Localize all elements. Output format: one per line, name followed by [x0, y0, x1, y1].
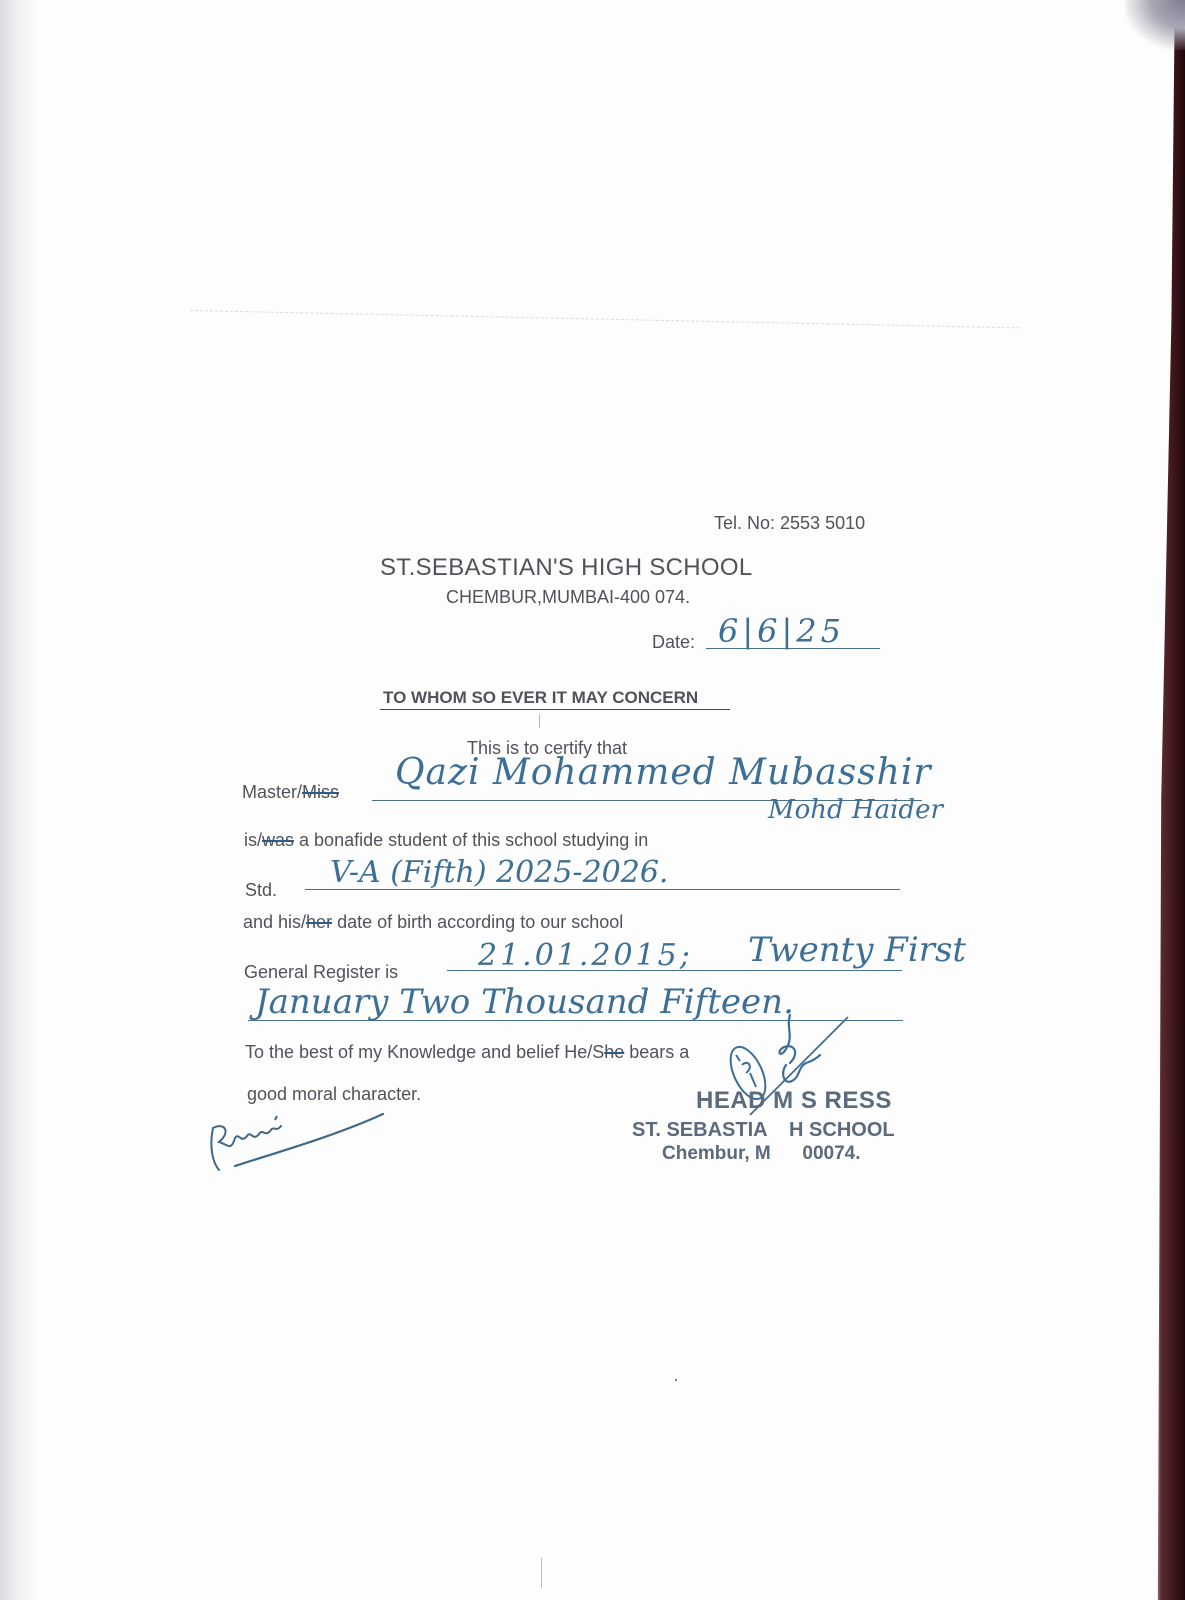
clerk-signature — [205, 1108, 385, 1178]
belief-a: To the best of my Knowledge and belief H… — [245, 1042, 604, 1062]
date-underline — [706, 648, 880, 649]
corner-shadow — [1125, 0, 1185, 50]
dob-intro: and his/her date of birth according to o… — [243, 912, 623, 933]
stamp-school: ST. SEBASTIA H SCHOOL — [632, 1119, 895, 1142]
she-struck: he — [604, 1042, 624, 1062]
studying-text: a bonafide student of this school studyi… — [299, 830, 648, 850]
dob-intro-a: and his/ — [243, 912, 306, 932]
belief-line: To the best of my Knowledge and belief H… — [245, 1042, 689, 1063]
stamp-address: Chembur, M 00074. — [662, 1143, 861, 1165]
stray-mark — [675, 1379, 677, 1381]
master-text: Master/ — [242, 782, 302, 802]
paper-fold-line — [190, 310, 1020, 328]
character-line: good moral character. — [247, 1084, 421, 1105]
date-label: Date: — [652, 632, 695, 653]
school-address: CHEMBUR,MUMBAI-400 074. — [446, 587, 690, 608]
her-struck: her — [306, 912, 332, 932]
master-label: Master/Miss — [242, 782, 339, 803]
stamp-title: HEAD M S RESS — [696, 1087, 892, 1115]
page-shadow-left — [0, 0, 40, 1600]
miss-struck: Miss — [302, 782, 339, 802]
dob-numeric: 21.01.2015; — [478, 938, 693, 973]
stray-tick — [541, 1558, 542, 1588]
certificate-heading: TO WHOM SO EVER IT MAY CONCERN — [383, 688, 698, 708]
std-label: Std. — [245, 880, 277, 901]
fold-tick — [539, 714, 540, 728]
dob-intro-b: date of birth according to our school — [337, 912, 623, 932]
gr-label: General Register is — [244, 962, 398, 983]
page-edge-right — [1151, 0, 1185, 1600]
belief-b: bears a — [629, 1042, 689, 1062]
std-value: V-A (Fifth) 2025-2026. — [330, 855, 668, 890]
father-name: Mohd Haider — [768, 795, 943, 825]
student-name: Qazi Mohammed Mubasshir — [395, 752, 932, 793]
is-text: is/ — [244, 830, 262, 850]
phone-number: Tel. No: 2553 5010 — [714, 513, 865, 534]
was-struck: was — [262, 830, 294, 850]
dob-words-1: Twenty First — [748, 930, 966, 970]
std-underline — [305, 889, 900, 890]
dob-words-2: January Two Thousand Fifteen. — [255, 982, 794, 1022]
date-value: 6|6|25 — [718, 612, 845, 650]
school-name: ST.SEBASTIAN'S HIGH SCHOOL — [380, 554, 752, 582]
gr-underline — [447, 970, 902, 971]
studying-line: is/was a bonafide student of this school… — [244, 830, 648, 851]
heading-underline — [380, 709, 730, 710]
